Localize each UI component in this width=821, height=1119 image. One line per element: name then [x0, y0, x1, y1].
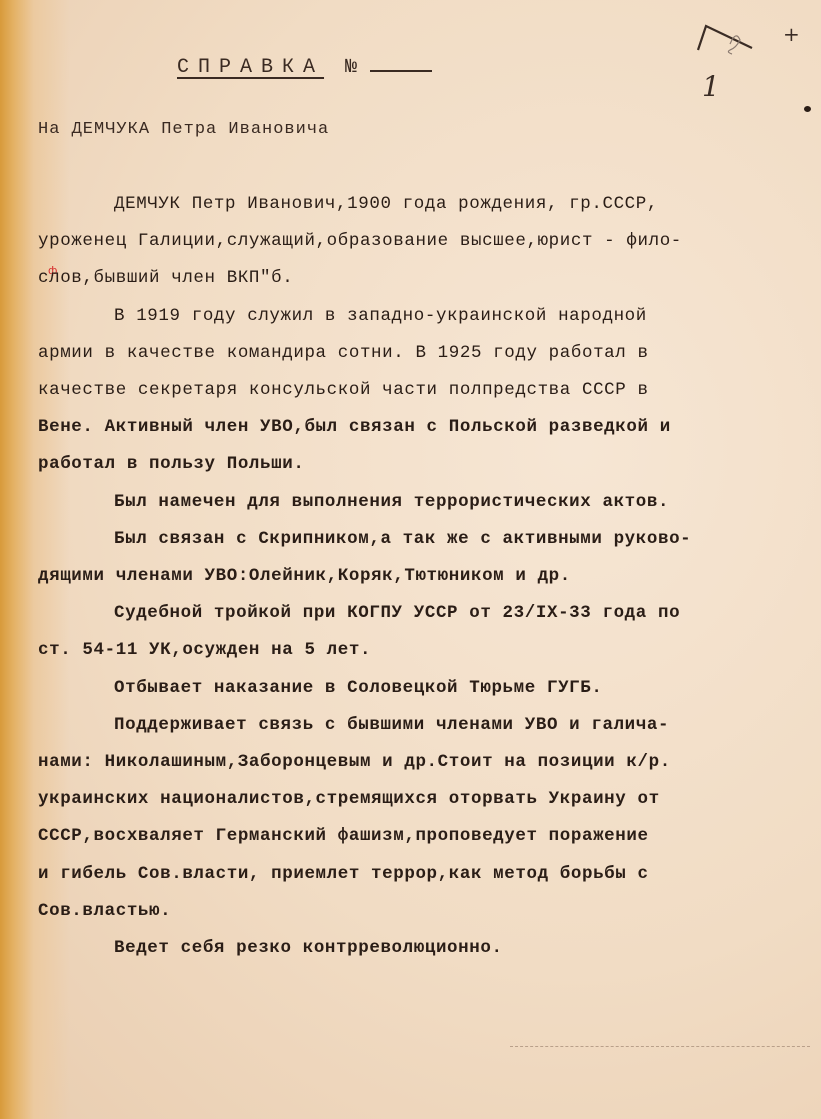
ink-blot: [804, 106, 811, 112]
text-line: работал в пользу Польши.: [38, 446, 800, 483]
text-line: уроженец Галиции,служащий,образование вы…: [38, 223, 800, 260]
handwritten-page-number: 1: [702, 70, 720, 103]
text-line: слов,бывший член ВКП"б.: [38, 260, 800, 297]
document-body: ДЕМЧУК Петр Иванович,1900 года рождения,…: [38, 186, 800, 967]
text-line: СССР,восхваляет Германский фашизм,пропов…: [38, 818, 800, 855]
paper-page: СПРАВКА № + 1 На ДЕМЧУКА Петра Ивановича…: [0, 0, 821, 1119]
text-line: Был намечен для выполнения террористичес…: [38, 484, 800, 521]
number-blank: [370, 56, 432, 72]
text-line: армии в качестве командира сотни. В 1925…: [38, 335, 800, 372]
document-subject: На ДЕМЧУКА Петра Ивановича: [38, 120, 329, 139]
text-line: качестве секретаря консульской части пол…: [38, 372, 800, 409]
handwritten-signature-mark: [690, 22, 760, 60]
end-rule: [510, 1046, 810, 1047]
text-line: дящими членами УВО:Олейник,Коряк,Тютюник…: [38, 558, 800, 595]
text-line: Отбывает наказание в Соловецкой Тюрьме Г…: [38, 670, 800, 707]
document-title: СПРАВКА №: [177, 56, 432, 79]
text-line: Сов.властью.: [38, 893, 800, 930]
text-line: Вене. Активный член УВО,был связан с Пол…: [38, 409, 800, 446]
text-line: Ведет себя резко контрреволюционно.: [38, 930, 800, 967]
number-label: №: [345, 56, 366, 79]
text-line: нами: Николашиным,Заборонцевым и др.Стои…: [38, 744, 800, 781]
handwritten-plus-mark: +: [783, 22, 800, 46]
text-line: ст. 54-11 УК,осужден на 5 лет.: [38, 632, 800, 669]
text-line: украинских националистов,стремящихся ото…: [38, 781, 800, 818]
text-line: ДЕМЧУК Петр Иванович,1900 года рождения,…: [38, 186, 800, 223]
text-line: и гибель Сов.власти, приемлет террор,как…: [38, 856, 800, 893]
text-line: Судебной тройкой при КОГПУ УССР от 23/IX…: [38, 595, 800, 632]
text-line: Поддерживает связь с бывшими членами УВО…: [38, 707, 800, 744]
text-line: Был связан с Скрипником,а так же с актив…: [38, 521, 800, 558]
text-line: В 1919 году служил в западно-украинской …: [38, 298, 800, 335]
title-word: СПРАВКА: [177, 56, 324, 79]
